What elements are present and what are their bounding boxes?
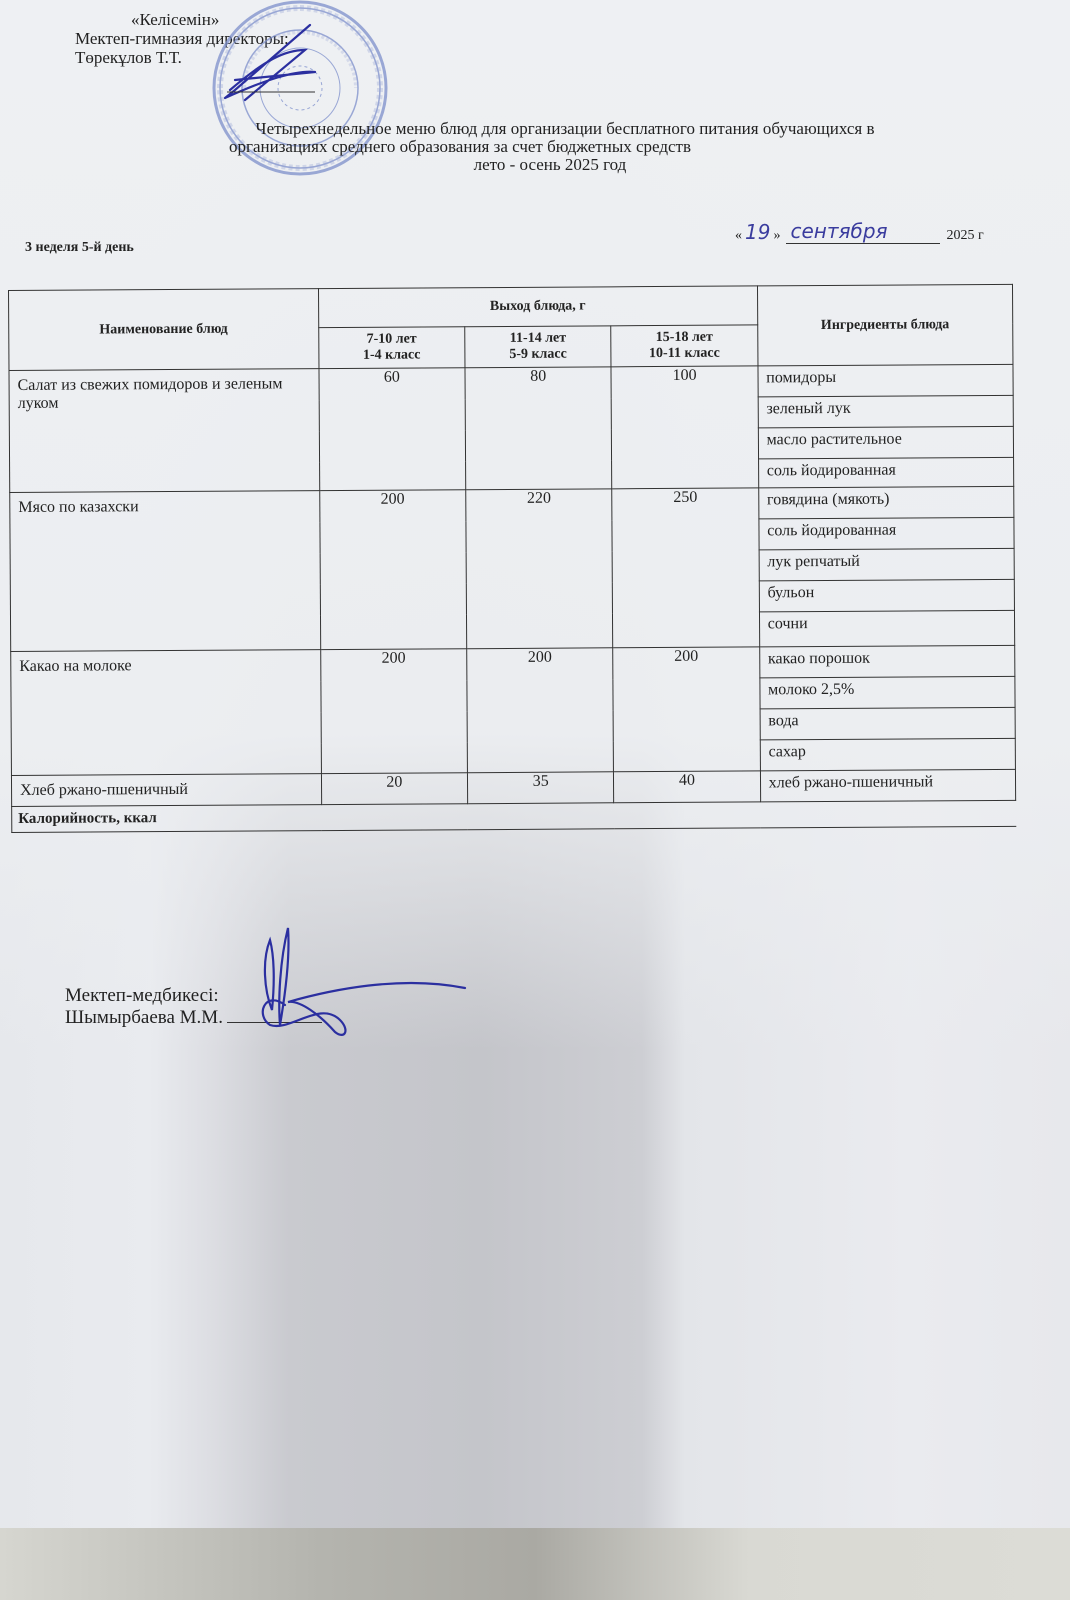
- title-line-3: лето - осень 2025 год: [0, 156, 1070, 174]
- yield-cell: 35: [467, 772, 614, 804]
- director-signature-icon: [205, 20, 335, 110]
- document-title: Четырехнедельное меню блюд для организац…: [0, 120, 1070, 174]
- header-age-group-3: 15-18 лет 10-11 класс: [611, 325, 758, 367]
- calories-label: Калорийность, ккал: [12, 800, 1016, 832]
- age-label: 7-10 лет: [323, 331, 460, 348]
- ingredient-cell: бульон: [759, 579, 1014, 612]
- ingredient-cell: говядина (мякоть): [758, 486, 1013, 519]
- header-ingredients: Ингредиенты блюда: [757, 284, 1013, 366]
- header-age-group-2: 11-14 лет 5-9 класс: [465, 326, 612, 368]
- dish-name-cell: Мясо по казахски: [10, 491, 321, 652]
- grade-label: 1-4 класс: [323, 347, 460, 364]
- yield-cell: 100: [611, 366, 758, 489]
- date-day: 19: [745, 220, 770, 244]
- header-age-group-1: 7-10 лет 1-4 класс: [318, 327, 465, 369]
- ingredient-cell: какао порошок: [759, 645, 1014, 678]
- ingredient-cell: соль йодированная: [759, 517, 1014, 550]
- yield-cell: 40: [614, 771, 761, 803]
- yield-cell: 20: [321, 773, 468, 805]
- date-open-quote: «: [735, 228, 742, 244]
- background-surface: [0, 1528, 1070, 1600]
- menu-table: Наименование блюд Выход блюда, г Ингреди…: [8, 284, 1016, 833]
- age-label: 11-14 лет: [469, 330, 606, 347]
- dish-name-cell: Хлеб ржано-пшеничный: [11, 774, 321, 807]
- ingredient-cell: молоко 2,5%: [760, 676, 1015, 709]
- grade-label: 10-11 класс: [616, 345, 753, 362]
- document-date: « 19 » сентября 2025 г: [735, 219, 984, 244]
- ingredient-cell: зеленый лук: [758, 395, 1013, 428]
- nurse-name: Шымырбаева М.М.: [65, 1007, 223, 1028]
- yield-cell: 200: [319, 490, 466, 650]
- yield-cell: 200: [320, 649, 467, 774]
- header-dish-name: Наименование блюд: [9, 289, 319, 371]
- ingredient-cell: масло растительное: [758, 426, 1013, 459]
- ingredient-cell: соль йодированная: [758, 457, 1013, 488]
- grade-label: 5-9 класс: [469, 346, 606, 363]
- ingredient-cell: сочни: [759, 610, 1015, 647]
- date-year: 2025 г: [946, 228, 983, 244]
- yield-cell: 60: [319, 368, 466, 491]
- yield-cell: 220: [466, 489, 613, 649]
- calories-row: Калорийность, ккал: [12, 800, 1016, 832]
- title-line-2: организациях среднего образования за сче…: [0, 138, 1070, 156]
- nurse-signature-icon: [250, 920, 480, 1040]
- ingredient-cell: помидоры: [758, 364, 1013, 397]
- week-day-label: 3 неделя 5-й день: [25, 240, 134, 256]
- dish-name-cell: Салат из свежих помидоров и зеленым луко…: [9, 369, 319, 493]
- ingredient-cell: хлеб ржано-пшеничный: [760, 769, 1015, 802]
- header-yield: Выход блюда, г: [318, 286, 757, 328]
- yield-cell: 80: [465, 367, 612, 490]
- ingredient-cell: вода: [760, 707, 1015, 740]
- title-line-1: Четырехнедельное меню блюд для организац…: [0, 120, 1070, 138]
- age-label: 15-18 лет: [616, 329, 753, 346]
- yield-cell: 250: [612, 488, 759, 648]
- date-month: сентября: [790, 219, 887, 243]
- document-page: «Келісемін» Мектеп-гимназия директоры: Т…: [0, 0, 1070, 1528]
- dish-name-cell: Какао на молоке: [11, 650, 321, 776]
- ingredient-cell: лук репчатый: [759, 548, 1014, 581]
- yield-cell: 200: [467, 648, 614, 773]
- yield-cell: 200: [613, 647, 760, 772]
- date-close-quote: »: [773, 228, 780, 244]
- ingredient-cell: сахар: [760, 738, 1015, 771]
